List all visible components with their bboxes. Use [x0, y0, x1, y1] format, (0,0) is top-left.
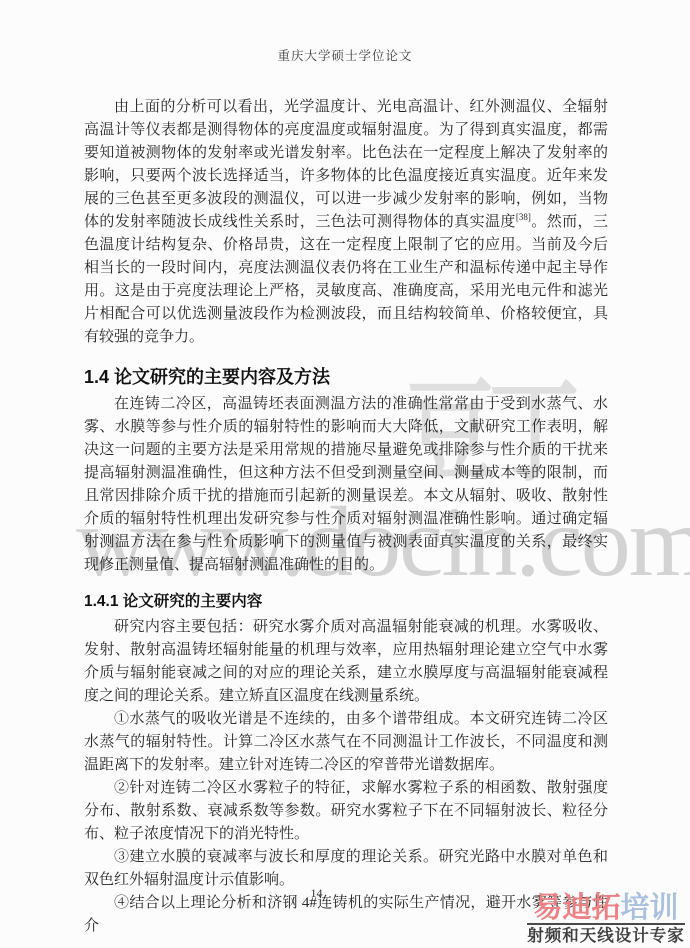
running-header: 重庆大学硕士学位论文: [0, 46, 690, 64]
paragraph-item-2: ②针对连铸二冷区水雾粒子的特征，求解水雾粒子系的相函数、散射强度分布、散射系数、…: [84, 777, 608, 846]
document-page: 重庆大学硕士学位论文 豆丁 www.docin.com 由上面的分析可以看出，光…: [0, 0, 690, 948]
paragraph-summary: 由上面的分析可以看出，光学温度计、光电高温计、红外测温仪、全辐射高温计等仪表都是…: [84, 96, 608, 349]
brand-subtitle: 射频和天线设计专家: [527, 926, 685, 945]
paragraph-research-background: 在连铸二冷区，高温铸坯表面测温方法的准确性常常由于受到水蒸气、水雾、水膜等参与性…: [84, 393, 608, 577]
brand-name-blue: 培训: [621, 890, 679, 924]
brand-logo: 易迪拓培训: [527, 892, 685, 922]
section-heading-1-4-1: 1.4.1 论文研究的主要内容: [84, 591, 608, 613]
brand-name-red: 易迪拓: [533, 890, 620, 924]
branding-watermark: 易迪拓培训 射频和天线设计专家: [527, 892, 685, 945]
paragraph-text: 由上面的分析可以看出，光学温度计、光电高温计、红外测温仪、全辐射高温计等仪表都是…: [84, 99, 608, 230]
section-heading-1-4: 1.4 论文研究的主要内容及方法: [84, 365, 608, 389]
citation-ref-38: [38]: [516, 212, 531, 222]
paragraph-item-1: ①水蒸气的吸收光谱是不连续的，由多个谱带组成。本文研究连铸二冷区水蒸气的辐射特性…: [84, 708, 608, 777]
page-body: 由上面的分析可以看出，光学温度计、光电高温计、红外测温仪、全辐射高温计等仪表都是…: [84, 96, 608, 938]
paragraph-research-content: 研究内容主要包括：研究水雾介质对高温辐射能衰减的机理。水雾吸收、发射、散射高温铸…: [84, 616, 608, 708]
paragraph-text: 。然而，三色温度计结构复杂、价格昂贵，这在一定程度上限制了它的应用。当前及今后相…: [84, 214, 608, 345]
